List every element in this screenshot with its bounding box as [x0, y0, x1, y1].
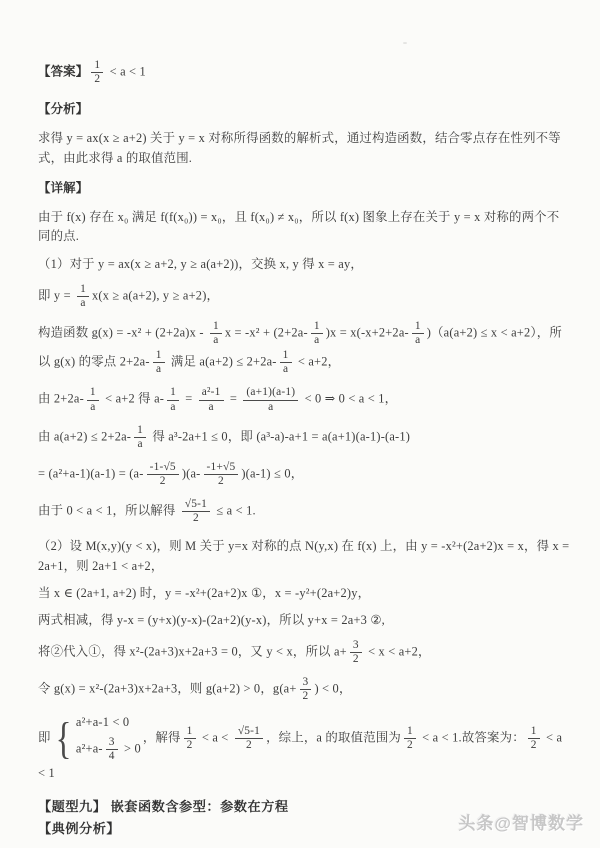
text-run: ≤ a < 1. [213, 504, 256, 518]
text-run: < x < a+2， [365, 645, 431, 659]
text-run: ) < 0， [314, 682, 351, 696]
analysis-text: 求得 y = ax(x ≥ a+2) 关于 y = x 对称所得函数的解析式，通… [38, 129, 570, 167]
fraction-denominator: 2 [147, 475, 179, 488]
ineq-right: 由 2+2a-1a < a+2 得 a-1a = a²-1a = (a+1)(a… [38, 385, 570, 414]
fraction: -1-√52 [147, 461, 179, 488]
fraction-denominator: 2 [184, 739, 196, 752]
text-run: < a < [199, 730, 232, 744]
text-run: a²+a- [76, 741, 103, 755]
fraction: 32 [350, 639, 362, 666]
text-run: ，解得 [143, 730, 181, 744]
detail-intro: 由于 f(x) 存在 x₀ 满足 f(f(x₀)) = x₀，且 f(x₀) ≠… [38, 208, 570, 246]
text-run: < a < 1 [106, 64, 146, 78]
fraction-denominator: a [412, 334, 424, 347]
subtract-line: 两式相减，得 y-x = (y+x)(y-x)-(2a+2)(y-x)，所以 y… [38, 611, 570, 630]
text-run: 求得 y = ax(x ≥ a+2) 关于 y = x 对称所得函数的解析式，通… [38, 131, 561, 164]
fraction-numerator: 1 [134, 424, 146, 438]
substitute-line: 将②代入①，得 x²-(2a+3)x+2a+3 = 0，又 y < x，所以 a… [38, 638, 570, 667]
fraction-denominator: 2 [91, 73, 103, 86]
fraction: 1a [134, 424, 146, 451]
fraction-numerator: 3 [300, 676, 312, 690]
fraction-denominator: 2 [404, 739, 416, 752]
bold-label: 【分析】 [38, 102, 88, 116]
text-run: 构造函数 g(x) = -x² + (2+2a)x - [38, 325, 207, 339]
fraction-numerator: 1 [167, 386, 179, 400]
text-run: （1）对于 y = ax(x ≥ a+2, y ≥ a(a+2))，交换 x, … [38, 257, 363, 271]
fraction: -1+√52 [204, 461, 239, 488]
fraction: 1a [412, 320, 424, 347]
fraction-denominator: 2 [182, 512, 210, 525]
fraction-denominator: a [199, 401, 224, 414]
cases-row: a²+a-34 > 0 [76, 735, 141, 764]
bold-label: 【典例分析】 [38, 821, 120, 836]
fraction-denominator: 2 [235, 739, 263, 752]
interval-line: 当 x ∈ (2a+1, a+2) 时，y = -x²+(2a+2)x ①，x … [38, 584, 570, 603]
fraction: 12 [404, 725, 416, 752]
answer-line: 【答案】12 < a < 1 [38, 58, 570, 87]
document-body: 【答案】12 < a < 1【分析】求得 y = ax(x ≥ a+2) 关于 … [38, 58, 570, 840]
fraction-numerator: 1 [280, 349, 292, 363]
fraction-numerator: -1+√5 [204, 461, 239, 475]
text-run: 两式相减，得 y-x = (y+x)(y-x)-(2a+2)(y-x)，所以 y… [38, 613, 385, 627]
text-run: < 0 ⇒ 0 < a < 1， [301, 392, 397, 406]
fraction: √5-12 [235, 725, 263, 752]
fraction-numerator: √5-1 [182, 498, 210, 512]
fraction-numerator: 1 [87, 386, 99, 400]
factor-line: = (a²+a-1)(a-1) = (a--1-√52)(a--1+√52)(a… [38, 460, 570, 489]
brace-icon: { [55, 720, 71, 757]
text-run: a²+a-1 < 0 [76, 715, 129, 729]
fraction: 12 [91, 59, 103, 86]
text-run: = (a²+a-1)(a-1) = [38, 466, 129, 480]
construct-line: 构造函数 g(x) = -x² + (2+2a)x - 1ax = -x² + … [38, 319, 570, 377]
text-run: 将②代入①，得 x²-(2a+3)x+2a+3 = 0，又 y < x，所以 a… [38, 645, 347, 659]
text-run: )(a-1) ≤ 0， [241, 466, 303, 480]
text-run: 由 a(a+2) ≤ 2+2a- [38, 429, 131, 443]
text-run: 即 [38, 730, 51, 744]
text-run: < a < 1.故答案为： [419, 730, 525, 744]
let-g-line: 令 g(x) = x²-(2a+3)x+2a+3，则 g(a+2) > 0，g(… [38, 675, 570, 704]
step2-line: （2）设 M(x,y)(y < x)，则 M 关于 y=x 对称的点 N(y,x… [38, 537, 570, 575]
fraction-numerator: 1 [404, 725, 416, 739]
text-run: 由 2+2a- [38, 392, 84, 406]
text-run: < a+2， [295, 355, 341, 369]
fraction-denominator: 2 [204, 475, 239, 488]
text-run: 当 x ∈ (2a+1, a+2) 时，y = -x²+(2a+2)x ①，x … [38, 586, 370, 600]
fraction-denominator: 2 [350, 653, 362, 666]
fraction-numerator: -1-√5 [147, 461, 179, 475]
text-run: )(a- [182, 466, 201, 480]
fraction: 12 [184, 725, 196, 752]
scan-speck [403, 42, 407, 44]
fraction: 1a [77, 283, 89, 310]
fraction: 12 [528, 725, 540, 752]
text-run: （2）设 M(x,y)(y < x)，则 M 关于 y=x 对称的点 N(y,x… [38, 539, 569, 572]
fraction: 34 [106, 736, 118, 763]
text-run: (a³-a)-a+1 = a(a+1)(a-1)-(a-1) [256, 429, 410, 443]
fraction: 32 [300, 676, 312, 703]
text-run: > 0 [121, 741, 141, 755]
analysis-heading: 【分析】 [38, 100, 570, 119]
text-run: (a- [129, 466, 143, 480]
fraction-numerator: 1 [91, 59, 103, 73]
bold-label: 【题型九】 嵌套函数含参型：参数在方程 [38, 799, 289, 814]
fraction-denominator: 2 [528, 739, 540, 752]
fraction-denominator: a [243, 401, 298, 414]
fraction-numerator: 1 [210, 320, 222, 334]
bold-label: 【详解】 [38, 181, 88, 195]
text-run: x = -x² + [225, 325, 274, 339]
text-run: 满足 a(a+2) ≤ 2+2a- [168, 355, 277, 369]
fraction-numerator: (a+1)(a-1) [243, 386, 298, 400]
fraction-denominator: a [280, 363, 292, 376]
cases-system: {a²+a-1 < 0a²+a-34 > 0 [53, 713, 141, 764]
fraction: a²-1a [199, 386, 224, 413]
text-run: = [182, 392, 196, 406]
watermark: 头条@智博数学 [458, 809, 584, 834]
text-run: 由于 0 < a < 1，所以解得 [38, 504, 179, 518]
fraction-numerator: 1 [528, 725, 540, 739]
text-run: 令 g(x) = x²-(2a+3)x+2a+3，则 g(a+2) > 0，g(… [38, 682, 297, 696]
step1-line: （1）对于 y = ax(x ≥ a+2, y ≥ a(a+2))，交换 x, … [38, 255, 570, 274]
fraction-denominator: 4 [106, 750, 118, 763]
fraction-denominator: a [77, 297, 89, 310]
fraction: 1a [311, 320, 323, 347]
cases-row: a²+a-1 < 0 [76, 713, 141, 732]
fraction-denominator: a [210, 334, 222, 347]
fraction: 1a [87, 386, 99, 413]
text-run: = [227, 392, 241, 406]
fraction-denominator: a [87, 401, 99, 414]
text-run: x(x ≥ a(a+2), y ≥ a+2)， [92, 288, 219, 302]
fraction: √5-12 [182, 498, 210, 525]
fraction-numerator: 3 [106, 736, 118, 750]
fraction: 1a [167, 386, 179, 413]
ineq-left: 由 a(a+2) ≤ 2+2a-1a 得 a³-2a+1 ≤ 0，即 (a³-a… [38, 423, 570, 452]
system-line: 即{a²+a-1 < 0a²+a-34 > 0，解得12 < a < √5-12… [38, 713, 570, 784]
text-run: (2+2a- [273, 325, 307, 339]
fraction-numerator: √5-1 [235, 725, 263, 739]
fraction-denominator: a [311, 334, 323, 347]
text-run: )x = x(-x+2+2a- [326, 325, 409, 339]
fraction: 1a [210, 320, 222, 347]
fraction-denominator: a [134, 438, 146, 451]
fraction: 1a [153, 349, 165, 376]
fraction-denominator: 2 [300, 690, 312, 703]
fraction-denominator: a [153, 363, 165, 376]
text-run: ，综上，a 的取值范围为 [266, 730, 401, 744]
text-run: 得 a³-2a+1 ≤ 0，即 [149, 429, 256, 443]
solve-1: 由于 0 < a < 1，所以解得 √5-12 ≤ a < 1. [38, 497, 570, 526]
fraction: 1a [280, 349, 292, 376]
bold-label: 【答案】 [38, 64, 88, 78]
fraction-numerator: 1 [77, 283, 89, 297]
fraction-numerator: 1 [311, 320, 323, 334]
text-run: < a+2 得 a- [102, 392, 164, 406]
fraction-denominator: a [167, 401, 179, 414]
cases-rows: a²+a-1 < 0a²+a-34 > 0 [76, 713, 141, 764]
fraction-numerator: 1 [184, 725, 196, 739]
fraction: (a+1)(a-1)a [243, 386, 298, 413]
detail-heading: 【详解】 [38, 179, 570, 198]
fraction-numerator: 1 [153, 349, 165, 363]
text-run: 即 y = [38, 288, 74, 302]
fraction-numerator: 3 [350, 639, 362, 653]
step1-inverse: 即 y = 1ax(x ≥ a(a+2), y ≥ a+2)， [38, 282, 570, 311]
fraction-numerator: 1 [412, 320, 424, 334]
scanned-document-page: 【答案】12 < a < 1【分析】求得 y = ax(x ≥ a+2) 关于 … [0, 0, 600, 848]
fraction-numerator: a²-1 [199, 386, 224, 400]
text-run: 由于 f(x) 存在 x₀ 满足 f(f(x₀)) = x₀，且 f(x₀) ≠… [38, 210, 559, 243]
